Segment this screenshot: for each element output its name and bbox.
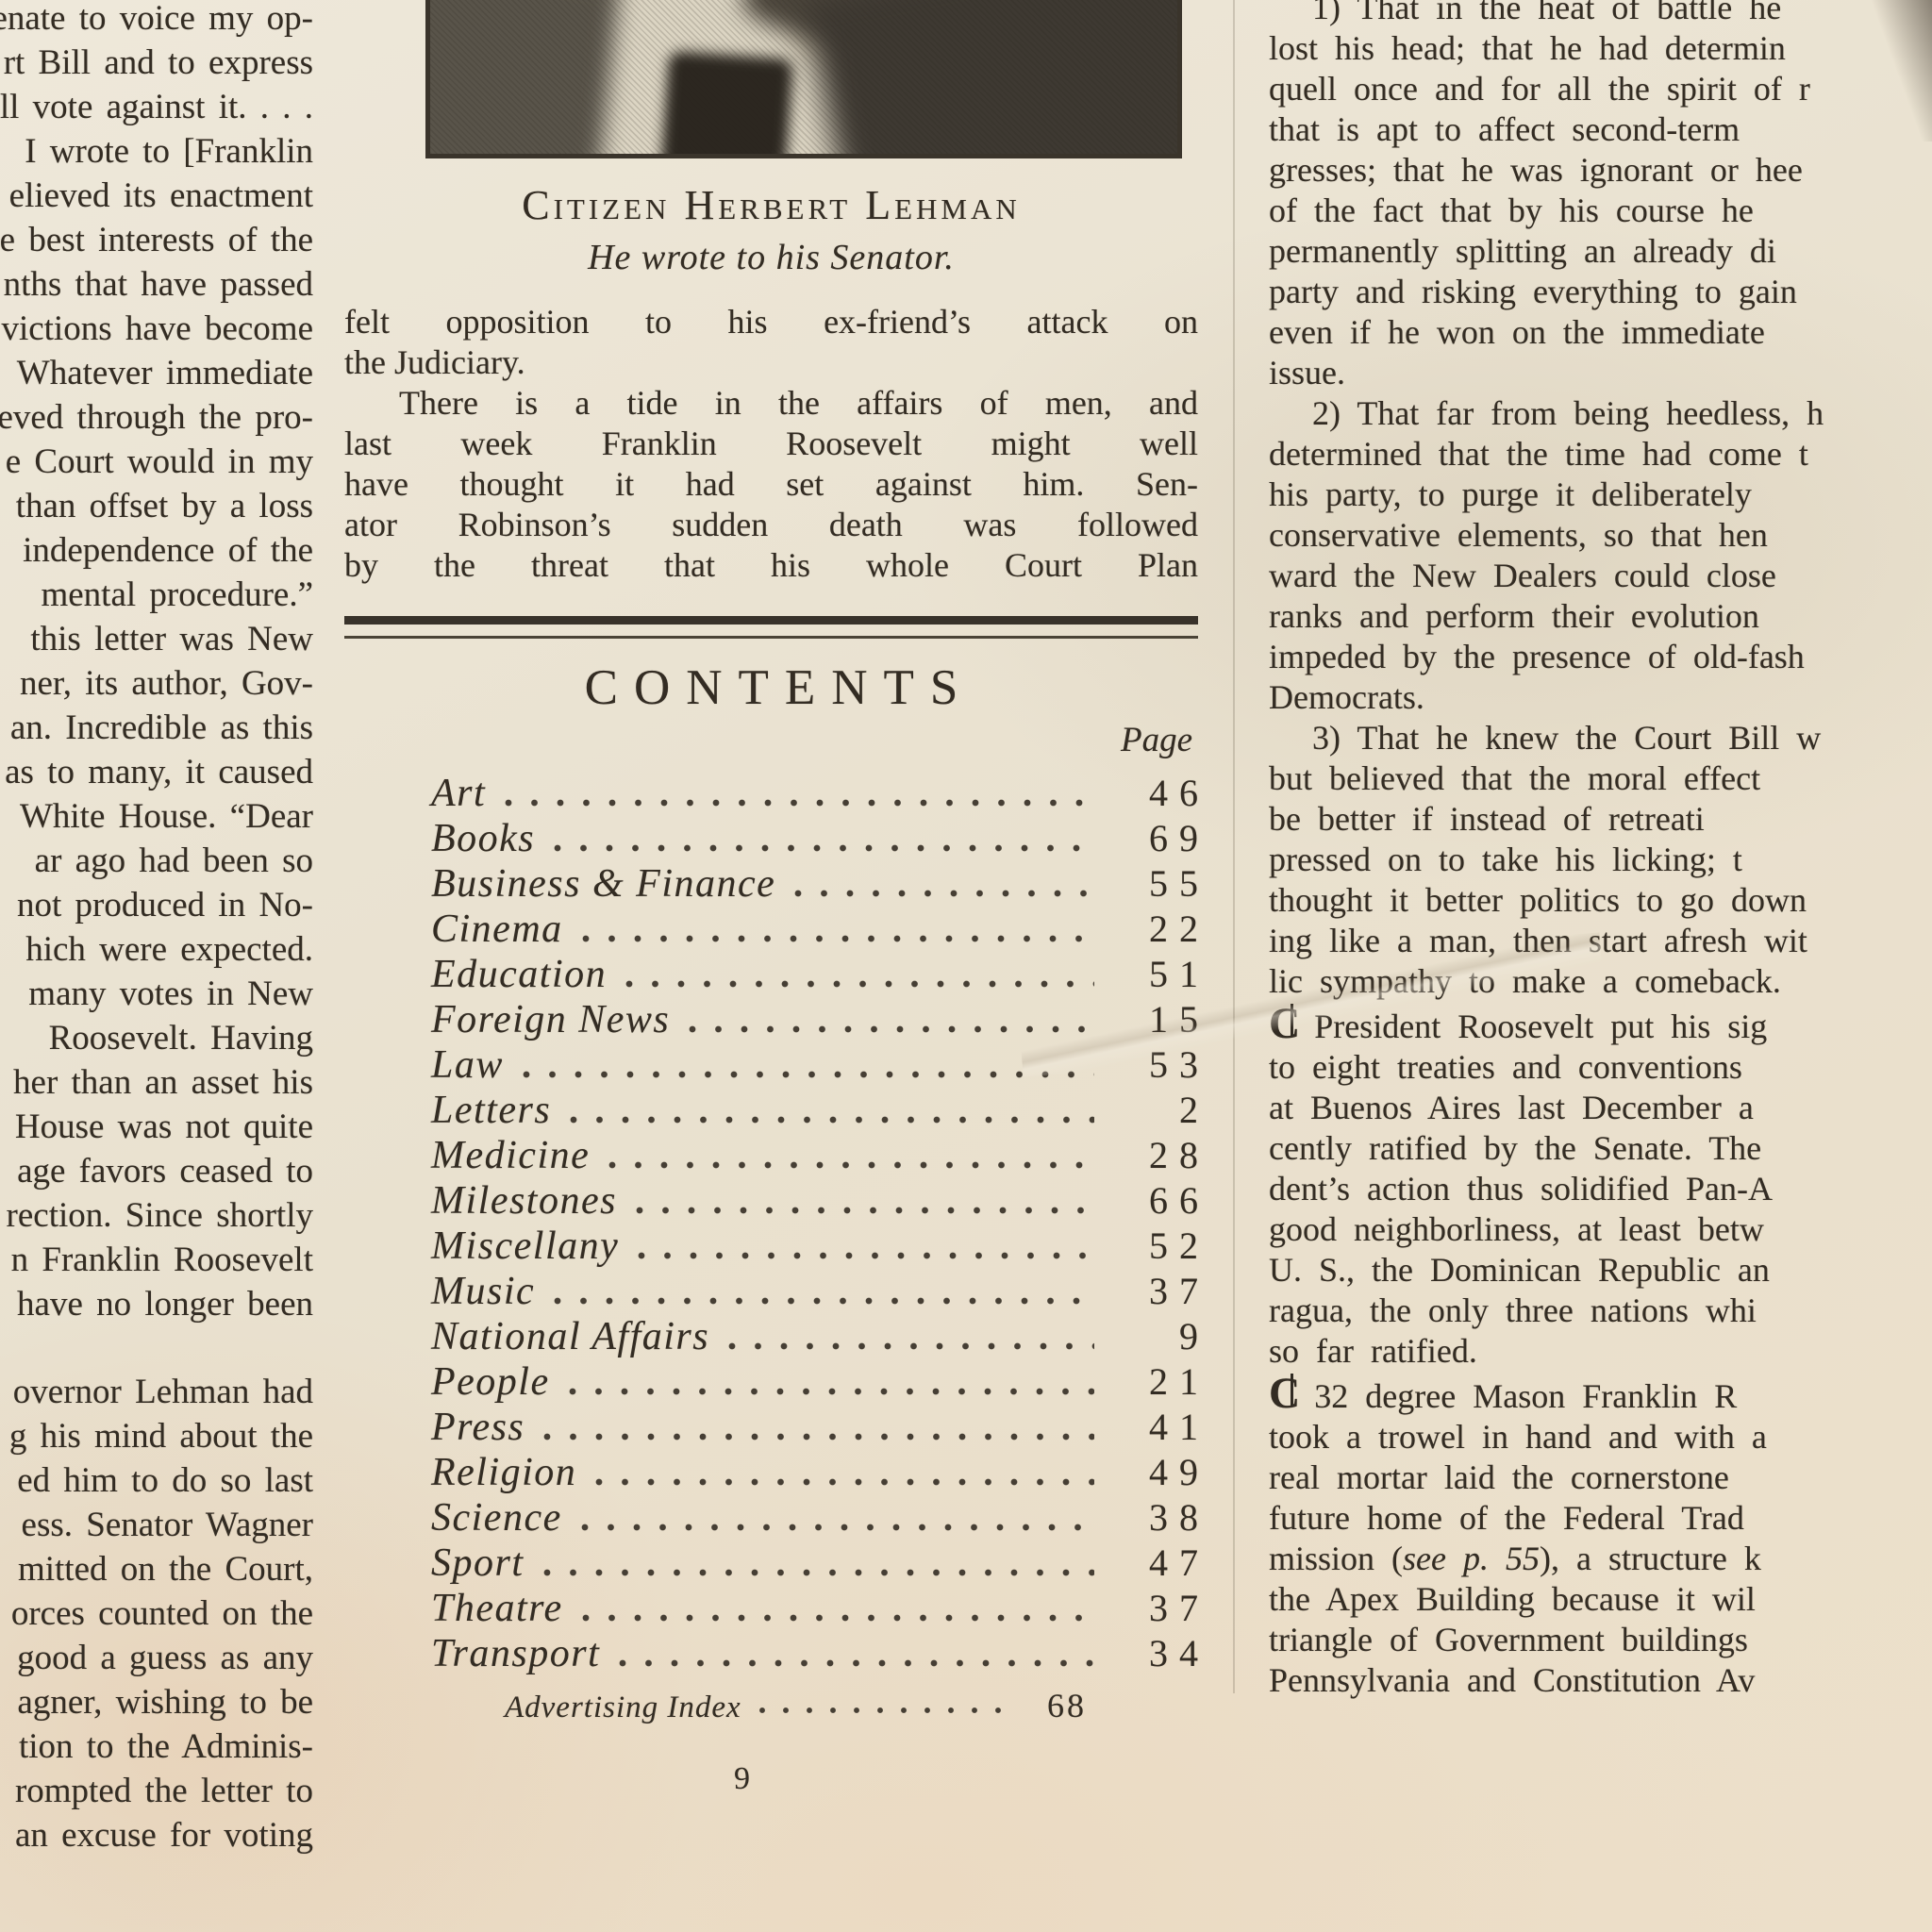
text-line: not produced in No- <box>0 883 313 927</box>
dot-leader <box>513 1042 1094 1088</box>
text-line: mitted on the Court, <box>0 1547 313 1591</box>
toc-section-label: Transport <box>431 1631 600 1676</box>
text-line: ill vote against it. . . . <box>0 85 313 129</box>
toc-page-number: 37 <box>1098 1586 1209 1630</box>
text-line: last week Franklin Roosevelt might well <box>344 424 1198 464</box>
text-line: agner, wishing to be <box>0 1680 313 1724</box>
toc-section-label: Business & Finance <box>431 861 775 907</box>
contents-heading: CONTENTS <box>344 661 1198 714</box>
text-line: House was not quite <box>0 1105 313 1149</box>
text-line: conservative elements, so that hen <box>1269 515 1932 556</box>
text-line: victions have become <box>0 307 313 351</box>
paragraph-gap <box>0 1326 313 1370</box>
text-line: than offset by a loss <box>0 484 313 528</box>
advertising-index-label: Advertising Index <box>505 1690 741 1725</box>
toc-section-label: Books <box>431 816 535 861</box>
toc-section-label: Art <box>431 771 486 816</box>
toc-section-label: Foreign News <box>431 997 670 1042</box>
text-line: future home of the Federal Trad <box>1269 1498 1932 1539</box>
text-line: but believed that the moral effect <box>1269 758 1932 799</box>
text-line: have no longer been <box>0 1282 313 1326</box>
advertising-index-row: Advertising Index 68 <box>505 1686 1087 1725</box>
toc-row: Transport34 <box>344 1631 1198 1676</box>
toc-section-label: Press <box>431 1405 525 1450</box>
text-line: mission (see p. 55), a structure k <box>1269 1539 1932 1579</box>
left-text-column: enate to voice my op-rt Bill and to expr… <box>0 0 313 1857</box>
text-line: overnor Lehman had <box>0 1370 313 1414</box>
text-line: of the fact that by his course he <box>1269 191 1932 231</box>
text-line: age favors ceased to <box>0 1149 313 1193</box>
text-line: g his mind about the <box>0 1414 313 1458</box>
toc-row: Sport47 <box>344 1541 1198 1586</box>
right-text-column: 1) That in the heat of battle helost his… <box>1269 0 1932 1701</box>
text-line: Democrats. <box>1269 677 1932 718</box>
text-line: I wrote to [Franklin <box>0 129 313 174</box>
contents-list: Art46Books69Business & Finance55Cinema22… <box>344 771 1198 1676</box>
column-divider-rule <box>1233 0 1235 1693</box>
text-line: ar ago had been so <box>0 839 313 883</box>
text-line: as to many, it caused <box>0 750 313 794</box>
toc-row: Letters2 <box>344 1088 1198 1133</box>
text-line: 3) That he knew the Court Bill w <box>1269 718 1932 758</box>
magazine-page-scan: enate to voice my op-rt Bill and to expr… <box>0 0 1932 1932</box>
text-line: the Apex Building because it wil <box>1269 1579 1932 1620</box>
text-line: mental procedure.” <box>0 573 313 617</box>
text-line: be better if instead of retreati <box>1269 799 1932 840</box>
text-line: eved through the pro- <box>0 395 313 440</box>
toc-row: Religion49 <box>344 1450 1198 1495</box>
text-line: quell once and for all the spirit of r <box>1269 69 1932 109</box>
text-line: ess. Senator Wagner <box>0 1503 313 1547</box>
toc-row: Milestones66 <box>344 1178 1198 1224</box>
halftone-texture <box>430 0 1177 154</box>
text-line: ward the New Dealers could close <box>1269 556 1932 596</box>
photo-caption-name: Citizen Herbert Lehman <box>344 185 1198 226</box>
dot-leader <box>573 1586 1094 1631</box>
toc-page-number: 52 <box>1098 1224 1209 1268</box>
text-line: real mortar laid the cornerstone <box>1269 1457 1932 1498</box>
toc-section-label: Milestones <box>431 1178 617 1224</box>
advertising-index-page-number: 68 <box>1011 1686 1087 1725</box>
toc-section-label: Religion <box>431 1450 576 1495</box>
text-line: good neighborliness, at least betw <box>1269 1209 1932 1250</box>
toc-page-number: 41 <box>1098 1405 1209 1449</box>
contents-page-column-label: Page <box>344 722 1198 759</box>
text-line: rt Bill and to express <box>0 41 313 85</box>
text-line: pressed on to take his licking; t <box>1269 840 1932 880</box>
text-line: ranks and perform their evolution <box>1269 596 1932 637</box>
text-line: even if he won on the immediate <box>1269 312 1932 353</box>
dot-leader <box>559 1359 1094 1405</box>
text-line: that is apt to affect second-term <box>1269 109 1932 150</box>
text-line: triangle of Government buildings <box>1269 1620 1932 1660</box>
toc-section-label: Miscellany <box>431 1224 619 1269</box>
toc-row: Books69 <box>344 816 1198 861</box>
text-line: ed him to do so last <box>0 1458 313 1503</box>
dot-leader <box>626 1178 1094 1224</box>
dot-leader <box>719 1314 1094 1359</box>
toc-section-label: People <box>431 1359 550 1405</box>
toc-section-label: Theatre <box>431 1586 563 1631</box>
dot-leader <box>628 1224 1094 1269</box>
text-line: e best interests of the <box>0 218 313 262</box>
text-line: an. Incredible as this <box>0 706 313 750</box>
text-line: rection. Since shortly <box>0 1193 313 1238</box>
toc-page-number: 2 <box>1098 1088 1209 1132</box>
text-line: felt opposition to his ex-friend’s attac… <box>344 302 1198 342</box>
text-line: 1) That in the heat of battle he <box>1269 0 1932 28</box>
page-corner-shadow <box>1872 0 1932 142</box>
photo-caption-subtitle: He wrote to his Senator. <box>344 238 1198 277</box>
dot-leader <box>495 771 1094 816</box>
text-line: party and risking everything to gain <box>1269 272 1932 312</box>
toc-page-number: 9 <box>1098 1314 1209 1358</box>
text-line: lost his head; that he had determin <box>1269 28 1932 69</box>
text-fragment: mission ( <box>1269 1540 1403 1577</box>
toc-page-number: 21 <box>1098 1359 1209 1404</box>
toc-section-label: Medicine <box>431 1133 590 1178</box>
dot-leader <box>534 1541 1094 1586</box>
text-line: the Judiciary. <box>344 342 1198 383</box>
toc-row: Business & Finance55 <box>344 861 1198 907</box>
text-line: so far ratified. <box>1269 1331 1932 1372</box>
text-line: dent’s action thus solidified Pan-A <box>1269 1169 1932 1209</box>
dot-leader <box>586 1450 1094 1495</box>
toc-section-label: Science <box>431 1495 562 1541</box>
text-line: many votes in New <box>0 972 313 1016</box>
toc-page-number: 34 <box>1098 1631 1209 1675</box>
toc-row: Press41 <box>344 1405 1198 1450</box>
text-line: at Buenos Aires last December a <box>1269 1088 1932 1128</box>
text-line: White House. “Dear <box>0 794 313 839</box>
text-line: this letter was New <box>0 617 313 661</box>
text-line: ragua, the only three nations whi <box>1269 1291 1932 1331</box>
dot-leader <box>560 1088 1094 1133</box>
text-line: n Franklin Roosevelt <box>0 1238 313 1282</box>
dot-leader <box>544 1269 1094 1314</box>
text-line: an excuse for voting <box>0 1813 313 1857</box>
double-rule-thick <box>344 616 1198 625</box>
toc-row: National Affairs9 <box>344 1314 1198 1359</box>
text-line: good a guess as any <box>0 1636 313 1680</box>
text-line: elieved its enactment <box>0 174 313 218</box>
text-line: impeded by the presence of old-fash <box>1269 637 1932 677</box>
toc-page-number: 66 <box>1098 1178 1209 1223</box>
text-line: U. S., the Dominican Republic an <box>1269 1250 1932 1291</box>
toc-section-label: Education <box>431 952 607 997</box>
text-fragment: ), a structure k <box>1540 1540 1761 1577</box>
toc-row: Theatre37 <box>344 1586 1198 1631</box>
text-line: orces counted on the <box>0 1591 313 1636</box>
text-line: his party, to purge it deliberately <box>1269 475 1932 515</box>
toc-page-number: 38 <box>1098 1495 1209 1540</box>
text-line: took a trowel in hand and with a <box>1269 1417 1932 1457</box>
toc-section-label: Letters <box>431 1088 551 1133</box>
toc-section-label: Music <box>431 1269 535 1314</box>
text-line: C32 degree Mason Franklin R <box>1269 1372 1932 1417</box>
text-line: cently ratified by the Senate. The <box>1269 1128 1932 1169</box>
center-paragraphs: felt opposition to his ex-friend’s attac… <box>344 302 1198 586</box>
text-line: nths that have passed <box>0 262 313 307</box>
portrait-photo <box>425 0 1182 158</box>
text-line: gresses; that he was ignorant or hee <box>1269 150 1932 191</box>
toc-page-number: 69 <box>1098 816 1209 860</box>
text-line: e Court would in my <box>0 440 313 484</box>
center-column: Citizen Herbert Lehman He wrote to his S… <box>344 0 1198 1797</box>
dot-leader <box>751 1686 1002 1725</box>
toc-page-number: 37 <box>1098 1269 1209 1313</box>
dot-leader <box>785 861 1094 907</box>
text-line: Whatever immediate <box>0 351 313 395</box>
toc-section-label: Sport <box>431 1541 525 1586</box>
toc-row: Miscellany52 <box>344 1224 1198 1269</box>
text-line: hich were expected. <box>0 927 313 972</box>
text-line: tion to the Adminis- <box>0 1724 313 1769</box>
text-fragment: see p. 55 <box>1403 1540 1540 1577</box>
dot-leader <box>599 1133 1094 1178</box>
toc-row: Science38 <box>344 1495 1198 1541</box>
text-line: independence of the <box>0 528 313 573</box>
text-line: thought it better politics to go down <box>1269 880 1932 921</box>
toc-page-number: 55 <box>1098 861 1209 906</box>
text-line: determined that the time had come t <box>1269 434 1932 475</box>
item-marker-icon: C <box>1269 1372 1300 1415</box>
dot-leader <box>534 1405 1094 1450</box>
dot-leader <box>572 1495 1094 1541</box>
toc-row: Medicine28 <box>344 1133 1198 1178</box>
text-line: rompted the letter to <box>0 1769 313 1813</box>
toc-page-number: 46 <box>1098 771 1209 815</box>
text-line: There is a tide in the affairs of men, a… <box>344 383 1198 424</box>
text-line: to eight treaties and conventions <box>1269 1047 1932 1088</box>
text-line: ator Robinson’s sudden death was followe… <box>344 505 1198 545</box>
text-line: enate to voice my op- <box>0 0 313 41</box>
toc-row: People21 <box>344 1359 1198 1405</box>
dot-leader <box>544 816 1094 861</box>
toc-section-label: National Affairs <box>431 1314 709 1359</box>
toc-page-number: 28 <box>1098 1133 1209 1177</box>
text-line: her than an asset his <box>0 1060 313 1105</box>
text-line: permanently splitting an already di <box>1269 231 1932 272</box>
toc-row: Music37 <box>344 1269 1198 1314</box>
double-rule-thin <box>344 636 1198 639</box>
toc-row: Cinema22 <box>344 907 1198 952</box>
dot-leader <box>573 907 1094 952</box>
toc-page-number: 22 <box>1098 907 1209 951</box>
text-line: Roosevelt. Having <box>0 1016 313 1060</box>
text-line: 2) That far from being heedless, h <box>1269 393 1932 434</box>
toc-row: Art46 <box>344 771 1198 816</box>
toc-section-label: Law <box>431 1042 504 1088</box>
text-line: by the threat that his whole Court Plan <box>344 545 1198 586</box>
text-line: issue. <box>1269 353 1932 393</box>
text-line: have thought it had set against him. Sen… <box>344 464 1198 505</box>
text-line: Pennsylvania and Constitution Av <box>1269 1660 1932 1701</box>
toc-page-number: 47 <box>1098 1541 1209 1585</box>
dot-leader <box>609 1631 1094 1676</box>
page-folio-number: 9 <box>344 1761 1198 1797</box>
toc-section-label: Cinema <box>431 907 563 952</box>
toc-page-number: 49 <box>1098 1450 1209 1494</box>
text-line: ner, its author, Gov- <box>0 661 313 706</box>
